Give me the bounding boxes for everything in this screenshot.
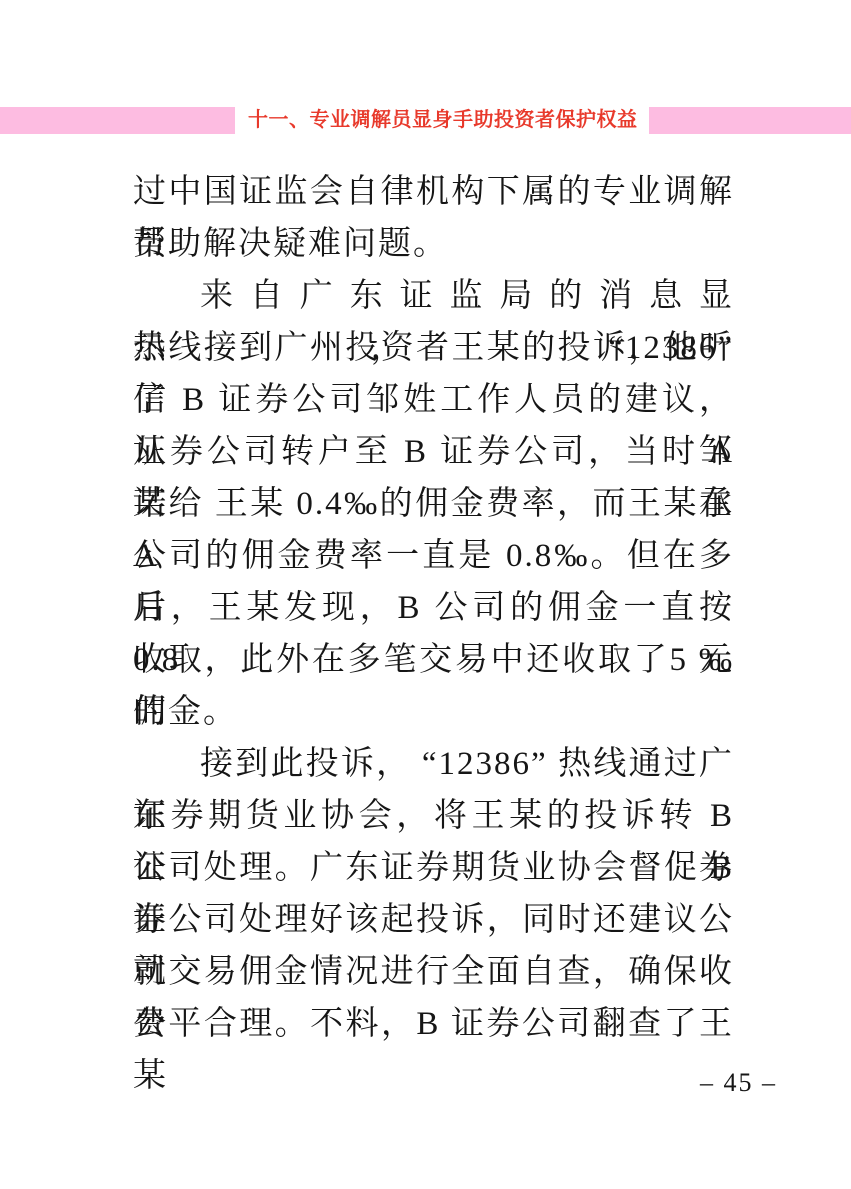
body-line: 了 B 证券公司邹姓工作人员的建议，从 A	[133, 374, 734, 426]
body-line: 证券期货业协会，将王某的投诉转 B 证券	[133, 790, 734, 842]
body-line: 后，王某发现，B 公司的佣金一直按 0.8‰	[133, 582, 734, 634]
body-line: 接到此投诉， “12386” 热线通过广东	[133, 738, 734, 790]
body-line: 证券公司转户至 B 证券公司，当时邹某承	[133, 426, 734, 478]
header-band-left	[0, 107, 235, 134]
body-line: 来自广东证监局的消息显示，“12386”	[133, 270, 734, 322]
body-line: 诺给 王某 0.4‰的佣金费率，而王某在 A	[133, 478, 734, 530]
header-band-right	[649, 107, 851, 134]
body-line: 公司的佣金费率一直是 0.8‰。但在多月	[133, 530, 734, 582]
page-number: – 45 –	[700, 1068, 777, 1098]
body-line: 收取，此外在多笔交易中还收取了5 元的	[133, 634, 734, 686]
chapter-header: 十一、专业调解员显身手助投资者保护权益	[0, 107, 851, 134]
body-line: 佣金。	[133, 686, 734, 738]
body-line: 券公司处理好该起投诉，同时还建议公司	[133, 894, 734, 946]
body-line: 热线接到广州投资者王某的投诉，他听信	[133, 322, 734, 374]
body-line: 过中国证监会自律机构下属的专业调解员	[133, 166, 734, 218]
chapter-title: 十一、专业调解员显身手助投资者保护权益	[248, 107, 638, 134]
body-text: 过中国证监会自律机构下属的专业调解员帮助解决疑难问题。来自广东证监局的消息显示，…	[133, 166, 734, 1050]
body-line: 公司处理。广东证券期货业协会督促 B 证	[133, 842, 734, 894]
body-line: 帮助解决疑难问题。	[133, 218, 734, 270]
body-line: 就交易佣金情况进行全面自查，确保收费	[133, 946, 734, 998]
body-line: 公平合理。不料，B 证券公司翻查了王某	[133, 998, 734, 1050]
